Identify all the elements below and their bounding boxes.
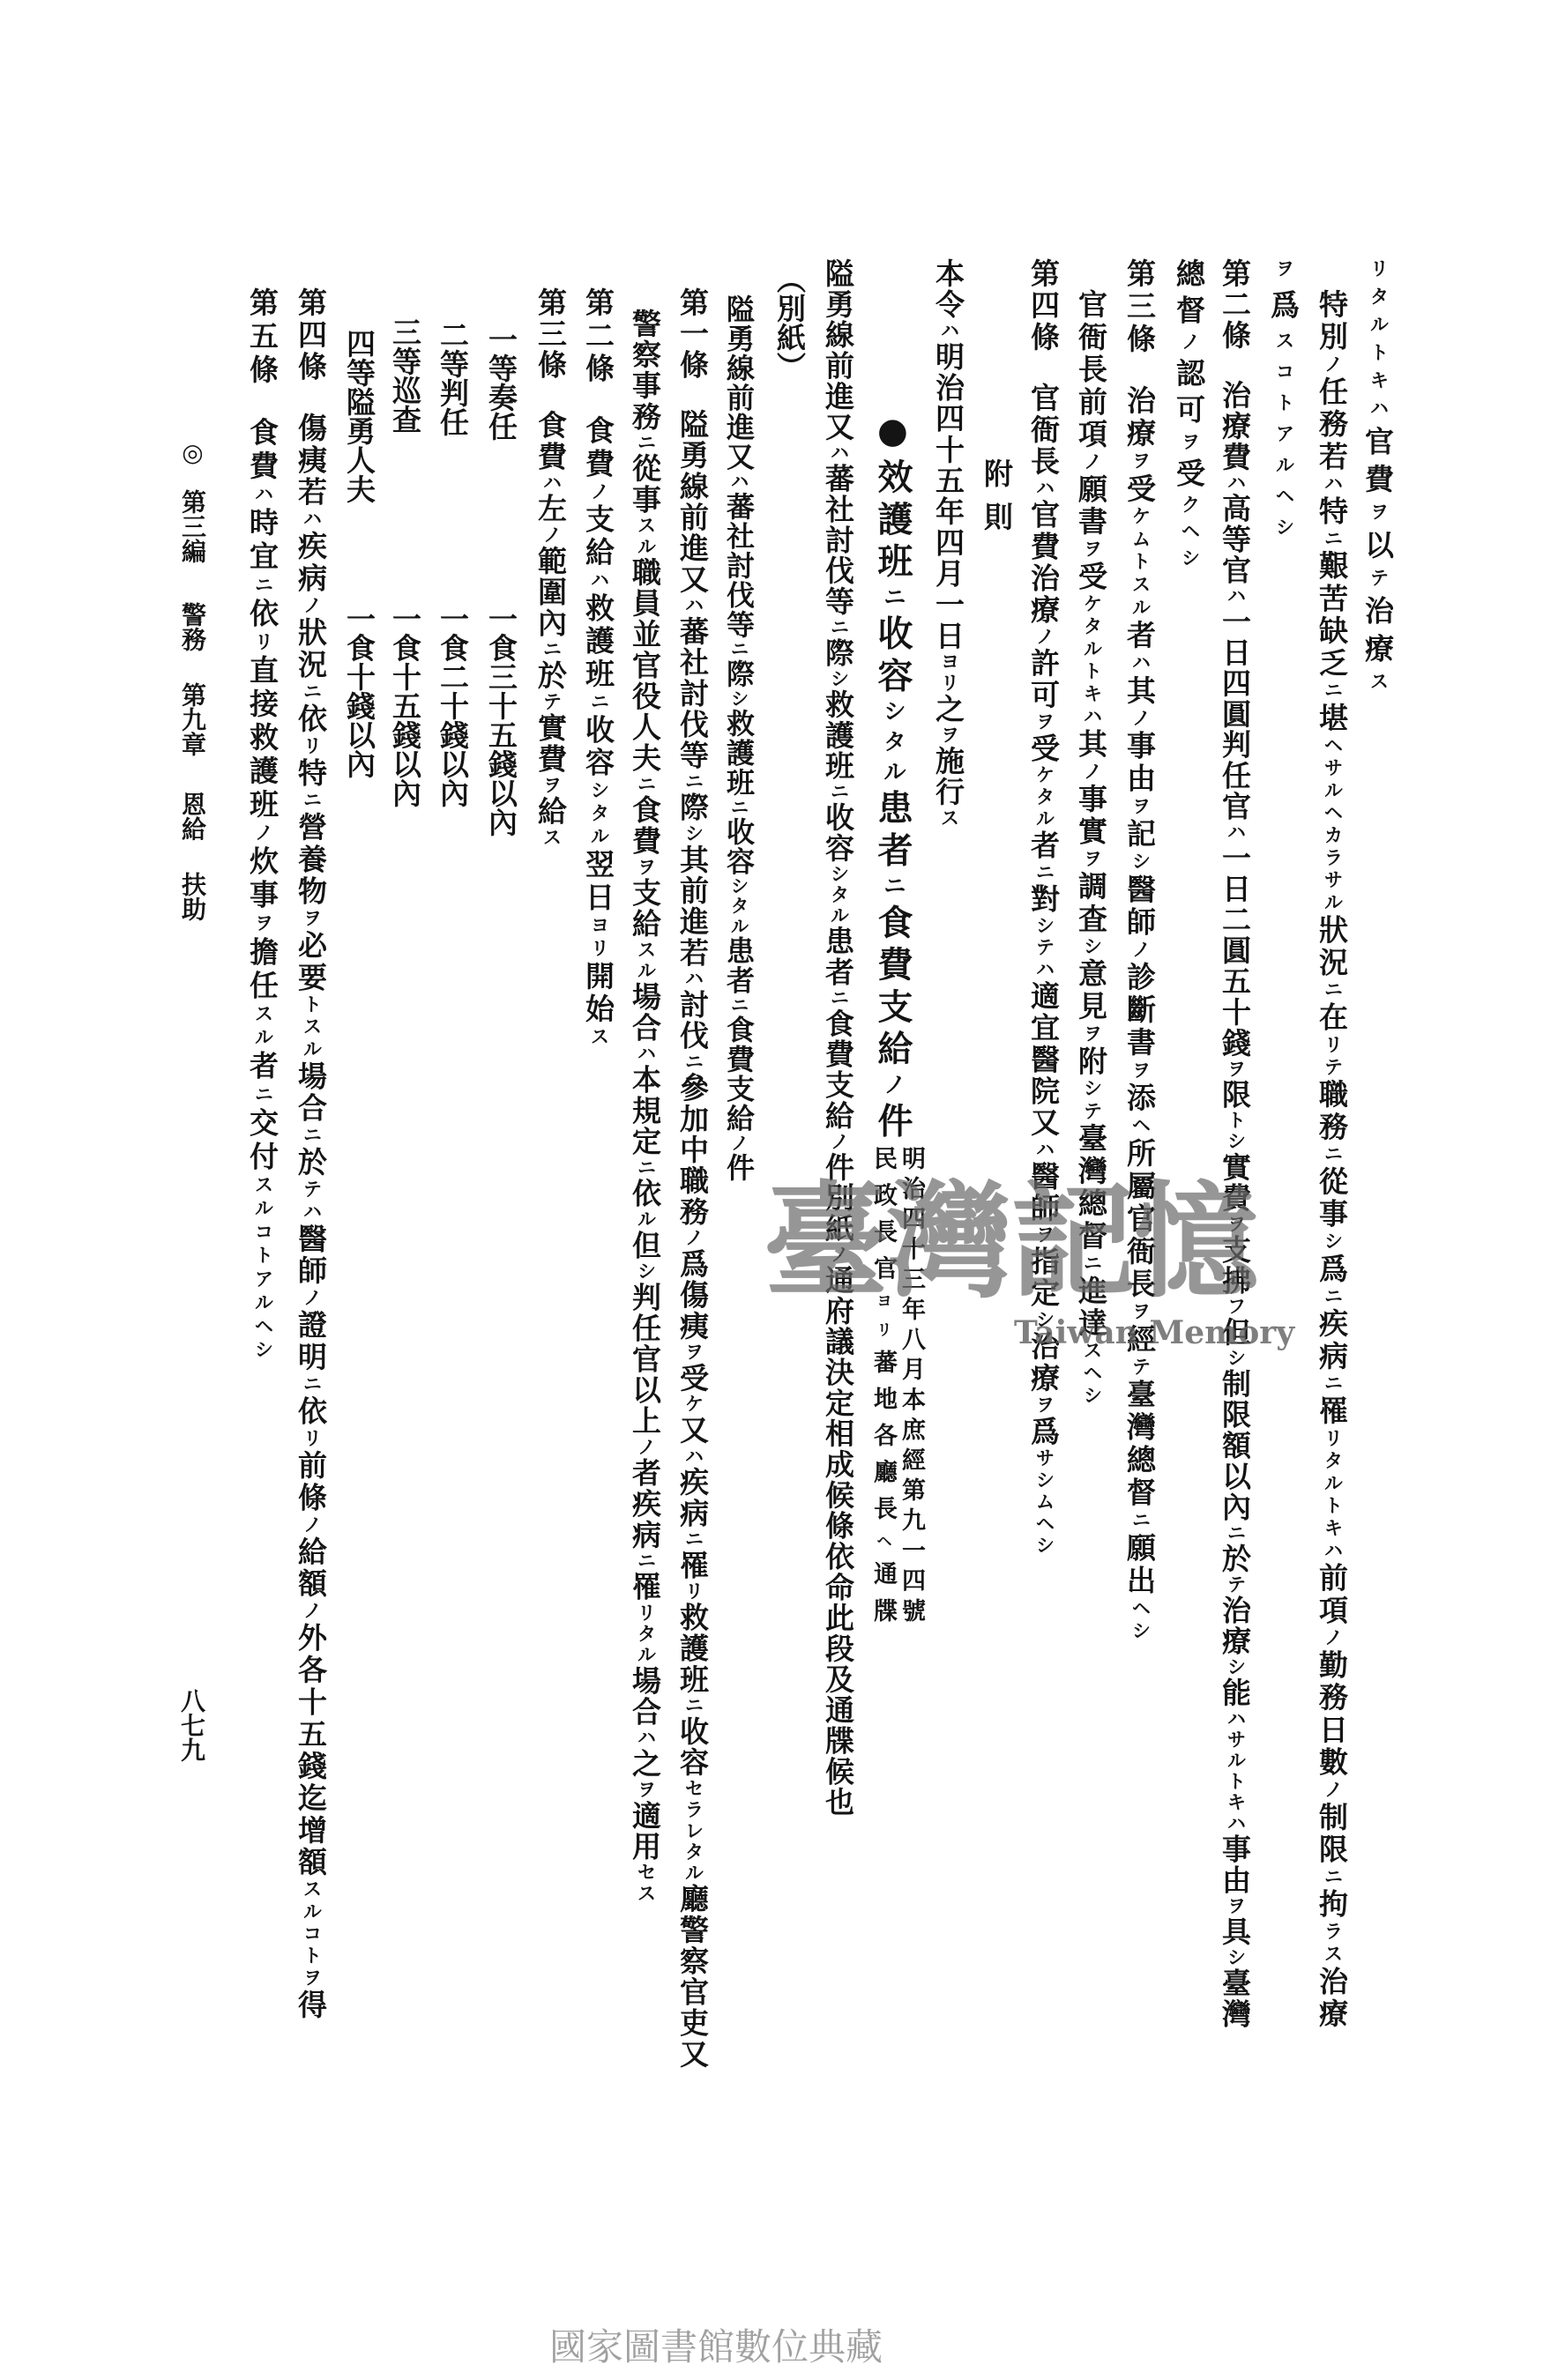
- rate-grade: 二等判任: [438, 320, 467, 436]
- supplementary-text: 本令ハ明治四十五年四月一日ヨリ之ヲ施行ス: [934, 258, 963, 827]
- prev-article-1-tail: リタルトキハ官費ヲ以テ治療ス: [1363, 258, 1392, 690]
- attachment-label: （別紙）: [775, 264, 804, 381]
- attachment-article-1-line-2: 警察事務ニ從事スル職員並官役人夫ニ食費ヲ支給スル場合ハ本規定ニ依ル但シ判任官以上…: [630, 309, 660, 1902]
- rate-amount: 一食十錢以內: [345, 604, 374, 778]
- prev-article-2-line-1: 第二條治療費ハ高等官ハ一日四圓判任官ハ一日二圓五十錢ヲ限トシ實費ヲ支拂フ但シ制限…: [1220, 258, 1249, 2027]
- rate-amount: 一食三十五錢以內: [487, 604, 516, 837]
- notice-title: ●效護班ニ收容シタル患者ニ食費支給ノ件: [875, 410, 910, 1137]
- article-label: 第四條: [1026, 258, 1061, 353]
- article-label: 第二條: [1218, 258, 1252, 351]
- running-head-chapter-title-1: 恩給: [180, 792, 205, 841]
- running-head-part: 第三編: [180, 489, 205, 563]
- prev-article-4: 第四條官衙長ハ官費治療ノ許可ヲ受ケタル者ニ對シテハ適宜醫院又ハ醫師ヲ指定シ治療ヲ…: [1029, 258, 1058, 1554]
- running-head-chapter: 第九章: [180, 682, 205, 756]
- article-label: 第五條: [245, 287, 280, 388]
- notice-title-text: 效護班ニ收容シタル患者ニ食費支給ノ件: [872, 458, 913, 1137]
- attachment-article-1-line-1: 第一條隘勇線前進又ハ蕃社討伐等ニ際シ其前進若ハ討伐ニ參加中職務ノ爲傷痍ヲ受ケ又ハ…: [678, 287, 707, 2068]
- footer-credit: 國家圖書館數位典藏: [549, 2329, 883, 2366]
- article-label: 第一條: [675, 287, 710, 380]
- notice-body: 隘勇線前進又ハ蕃社討伐等ニ際シ救護班ニ收容シタル患者ニ食費支給ノ件別紙ノ通府議決…: [824, 258, 853, 1816]
- article-text: 官衙長ハ官費治療ノ許可ヲ受ケタル者ニ對シテハ適宜醫院又ハ醫師ヲ指定シ治療ヲ爲サシ…: [1026, 383, 1061, 1554]
- rate-grade: 一等奏任: [487, 324, 516, 441]
- attachment-article-2: 第二條食費ノ支給ハ救護班ニ收容シタル翌日ヨリ開始ス: [584, 287, 613, 1045]
- article-label: 第三條: [533, 287, 568, 381]
- supplementary-heading: 附則: [982, 458, 1011, 531]
- prev-article-2-line-2: 總督ノ認可ヲ受クヘシ: [1174, 258, 1204, 567]
- attachment-article-4: 第四條傷痍若ハ疾病ノ狀況ニ依リ特ニ營養物ヲ必要トスル場合ニ於テハ醫師ノ證明ニ依リ…: [296, 287, 325, 2019]
- rate-amount: 一食十五錢以內: [391, 604, 420, 807]
- attachment-article-3: 第三條食費ハ左ノ範圍內ニ於テ實費ヲ給ス: [536, 287, 565, 846]
- prev-article-1-para-2-line-2: ヲ爲スコトアルヘシ: [1269, 258, 1298, 536]
- prev-article-1-para-2-line-1: 特別ノ任務若ハ特ニ艱苦缺乏ニ堪ヘサルヘカラサル狀況ニ在リテ職務ニ從事シ爲ニ疾病ニ…: [1317, 289, 1346, 2027]
- rate-amount: 一食二十錢以內: [438, 604, 467, 807]
- rate-grade: 三等巡查: [391, 317, 420, 434]
- running-head-mark-icon: ◎: [180, 438, 205, 467]
- rate-grade: 四等隘勇人夫: [345, 329, 374, 503]
- article-text: 隘勇線前進又ハ蕃社討伐等ニ際シ其前進若ハ討伐ニ參加中職務ノ爲傷痍ヲ受ケ又ハ疾病ニ…: [675, 409, 710, 2068]
- watermark-text: Taiwan Memory: [1014, 1317, 1294, 1349]
- document-page: リタルトキハ官費ヲ以テ治療ス 特別ノ任務若ハ特ニ艱苦缺乏ニ堪ヘサルヘカラサル狀況…: [0, 0, 1543, 2380]
- article-text: 食費ハ時宜ニ依リ直接救護班ノ炊事ヲ擔任スル者ニ交付スルコトアルヘシ: [245, 417, 280, 1358]
- page-number: 八七九: [179, 1688, 204, 1762]
- article-text: 傷痍若ハ疾病ノ狀況ニ依リ特ニ營養物ヲ必要トスル場合ニ於テハ醫師ノ證明ニ依リ前條ノ…: [294, 413, 328, 2019]
- attachment-title: 隘勇線前進又ハ蕃社討伐等ニ際シ救護班ニ收容シタル患者ニ食費支給ノ件: [725, 294, 753, 1181]
- watermark-logo: 臺灣記憶: [764, 1179, 1257, 1305]
- bullet-icon: ●: [872, 410, 913, 458]
- attachment-article-5: 第五條食費ハ時宜ニ依リ直接救護班ノ炊事ヲ擔任スル者ニ交付スルコトアルヘシ: [248, 287, 277, 1358]
- prev-article-3: 第三條治療ヲ受ケムトスル者ハ其ノ事由ヲ記シ醫師ノ診斷書ヲ添ヘ所屬官衙長ヲ經テ臺灣…: [1125, 258, 1154, 1640]
- running-head-part-title: 警務: [180, 602, 205, 651]
- article-label: 第二條: [581, 287, 615, 386]
- article-text: 食費ハ左ノ範圍內ニ於テ實費ヲ給ス: [533, 410, 568, 846]
- article-label: 第四條: [294, 287, 328, 383]
- running-head-chapter-title-2: 扶助: [180, 872, 205, 921]
- article-text: 治療ヲ受ケムトスル者ハ其ノ事由ヲ記シ醫師ノ診斷書ヲ添ヘ所屬官衙長ヲ經テ臺灣總督ニ…: [1122, 385, 1157, 1640]
- article-label: 第三條: [1122, 258, 1157, 356]
- article-text: 食費ノ支給ハ救護班ニ收容シタル翌日ヨリ開始ス: [581, 415, 615, 1045]
